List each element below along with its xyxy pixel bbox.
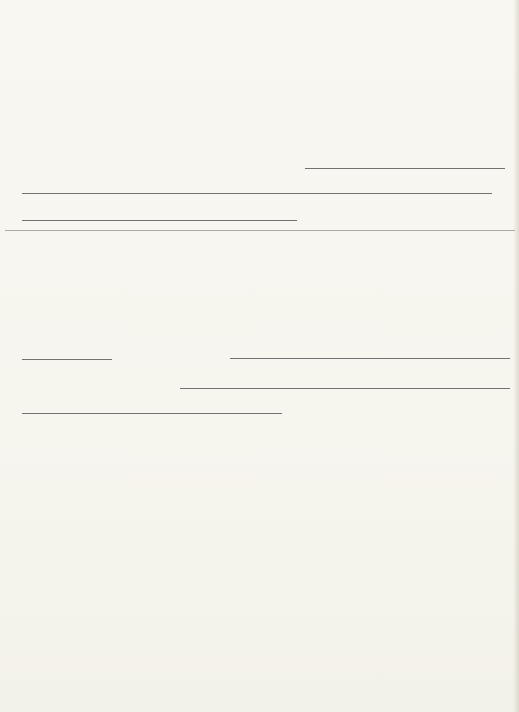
- underline-stroke: [180, 388, 510, 389]
- underline-stroke: [22, 359, 112, 360]
- underline-stroke: [5, 230, 515, 231]
- underline-stroke: [22, 220, 297, 221]
- underline-stroke: [22, 413, 282, 414]
- underline-stroke: [22, 193, 492, 194]
- paper-edge: [513, 0, 519, 712]
- underline-stroke: [305, 168, 505, 169]
- underline-stroke: [230, 358, 510, 359]
- letter-page: [0, 0, 519, 712]
